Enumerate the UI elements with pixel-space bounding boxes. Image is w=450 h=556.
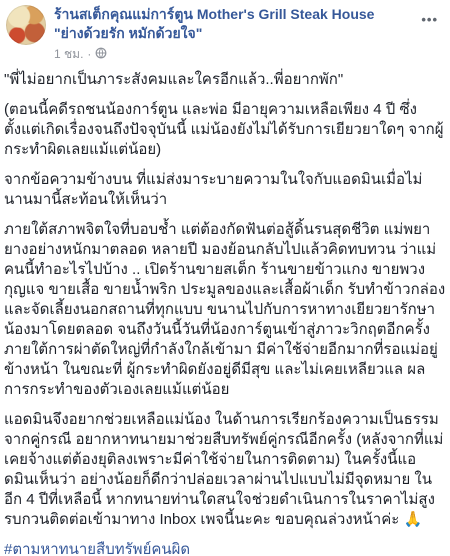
post-paragraph: (ตอนนี้คดีรถชนน้องการ์ตูน และพ่อ มีอายุค… [4, 100, 446, 160]
hashtag-link[interactable]: #ตามหาทนายสืบทรัพย์คนผิด [4, 541, 190, 556]
page-avatar[interactable] [6, 5, 46, 45]
post-body: "พี่ไม่อยากเป็นภาระสังคมและใครอีกแล้ว..พ… [4, 66, 446, 556]
post-timestamp[interactable]: 1 ชม. [54, 47, 83, 61]
post-paragraph: แอดมินจึงอยากช่วยเหลือแม่น้อง ในด้านการเ… [4, 410, 446, 530]
more-options-button[interactable]: ••• [415, 7, 444, 33]
meta-separator: · [87, 47, 91, 61]
public-globe-icon [95, 47, 107, 62]
page-name-link[interactable]: ร้านสเต็กคุณแม่การ์ตูน Mother's Grill St… [54, 5, 444, 43]
post-header: ร้านสเต็กคุณแม่การ์ตูน Mother's Grill St… [4, 3, 446, 66]
page-name: ร้านสเต็กคุณแม่การ์ตูน Mother's Grill St… [54, 5, 444, 24]
page-tagline: "ย่างด้วยรัก หมักด้วยใจ" [54, 24, 444, 43]
post-paragraph: "พี่ไม่อยากเป็นภาระสังคมและใครอีกแล้ว..พ… [4, 70, 446, 90]
facebook-post: ร้านสเต็กคุณแม่การ์ตูน Mother's Grill St… [0, 0, 450, 556]
post-meta: 1 ชม. · [54, 46, 444, 62]
post-paragraph: จากข้อความข้างบน ที่แม่ส่งมาระบายความในใ… [4, 170, 446, 210]
post-paragraph: ภายใต้สภาพจิตใจที่บอบช้ำ แต่ต้องกัดฟันต่… [4, 220, 446, 400]
ellipsis-icon: ••• [421, 12, 438, 27]
post-header-text: ร้านสเต็กคุณแม่การ์ตูน Mother's Grill St… [54, 5, 444, 62]
hashtag-row: #ตามหาทนายสืบทรัพย์คนผิด [4, 540, 446, 556]
